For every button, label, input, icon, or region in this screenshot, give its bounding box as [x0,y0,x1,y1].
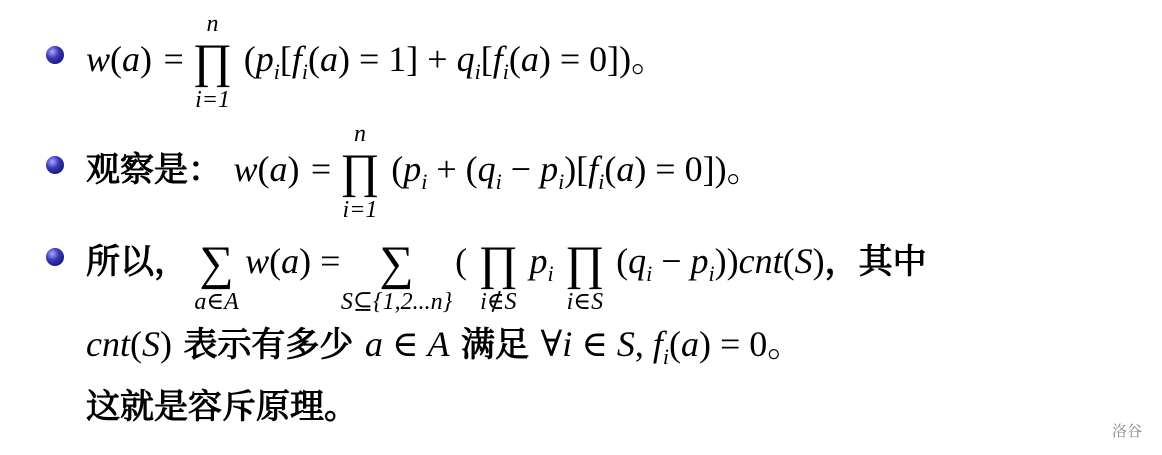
continuation-line: cnt(S) 表示有多少 a ∈ A 满足 ∀i ∈ S, fi(a) = 0。 [86,326,803,363]
formula-line-3: 所以， ∑ a∈A w(a) = ∑ S⊆{1,2...n} ( ∏ i∉S p… [86,240,927,288]
formula-line-1: w(a) = n ∏ i=1 (pi[fi(a) = 1] + qi[fi(a)… [86,38,667,86]
weight-function: w [86,39,110,79]
product-in-s: ∏ i∈S [565,240,605,288]
where-label: ，其中 [825,242,927,282]
therefore-label: 所以， [86,242,188,282]
product-lower-limit: i=1 [195,88,230,112]
product-not-in-s: ∏ i∉S [479,240,519,288]
observation-label: 观察是： [86,150,222,190]
sum-operator: ∑ a∈A [199,240,233,288]
luogu-watermark: 洛谷 [1112,420,1142,441]
bullet-point-2 [46,156,64,174]
bullet-point-1 [46,46,64,64]
formula-line-2: 观察是： w(a) = n ∏ i=1 (pi + (qi − pi)[fi(a… [86,148,763,196]
product-upper-limit: n [193,12,233,36]
bullet-point-3 [46,248,64,266]
product-operator: n ∏ i=1 [340,148,380,196]
product-operator: n ∏ i=1 [193,38,233,86]
sum-over-subsets: ∑ S⊆{1,2...n} [379,240,413,288]
conclusion-text: 这就是容斥原理。 [86,390,358,424]
continuation-text-1: 表示有多少 [183,325,353,365]
continuation-text-2: 满足 [461,325,529,365]
